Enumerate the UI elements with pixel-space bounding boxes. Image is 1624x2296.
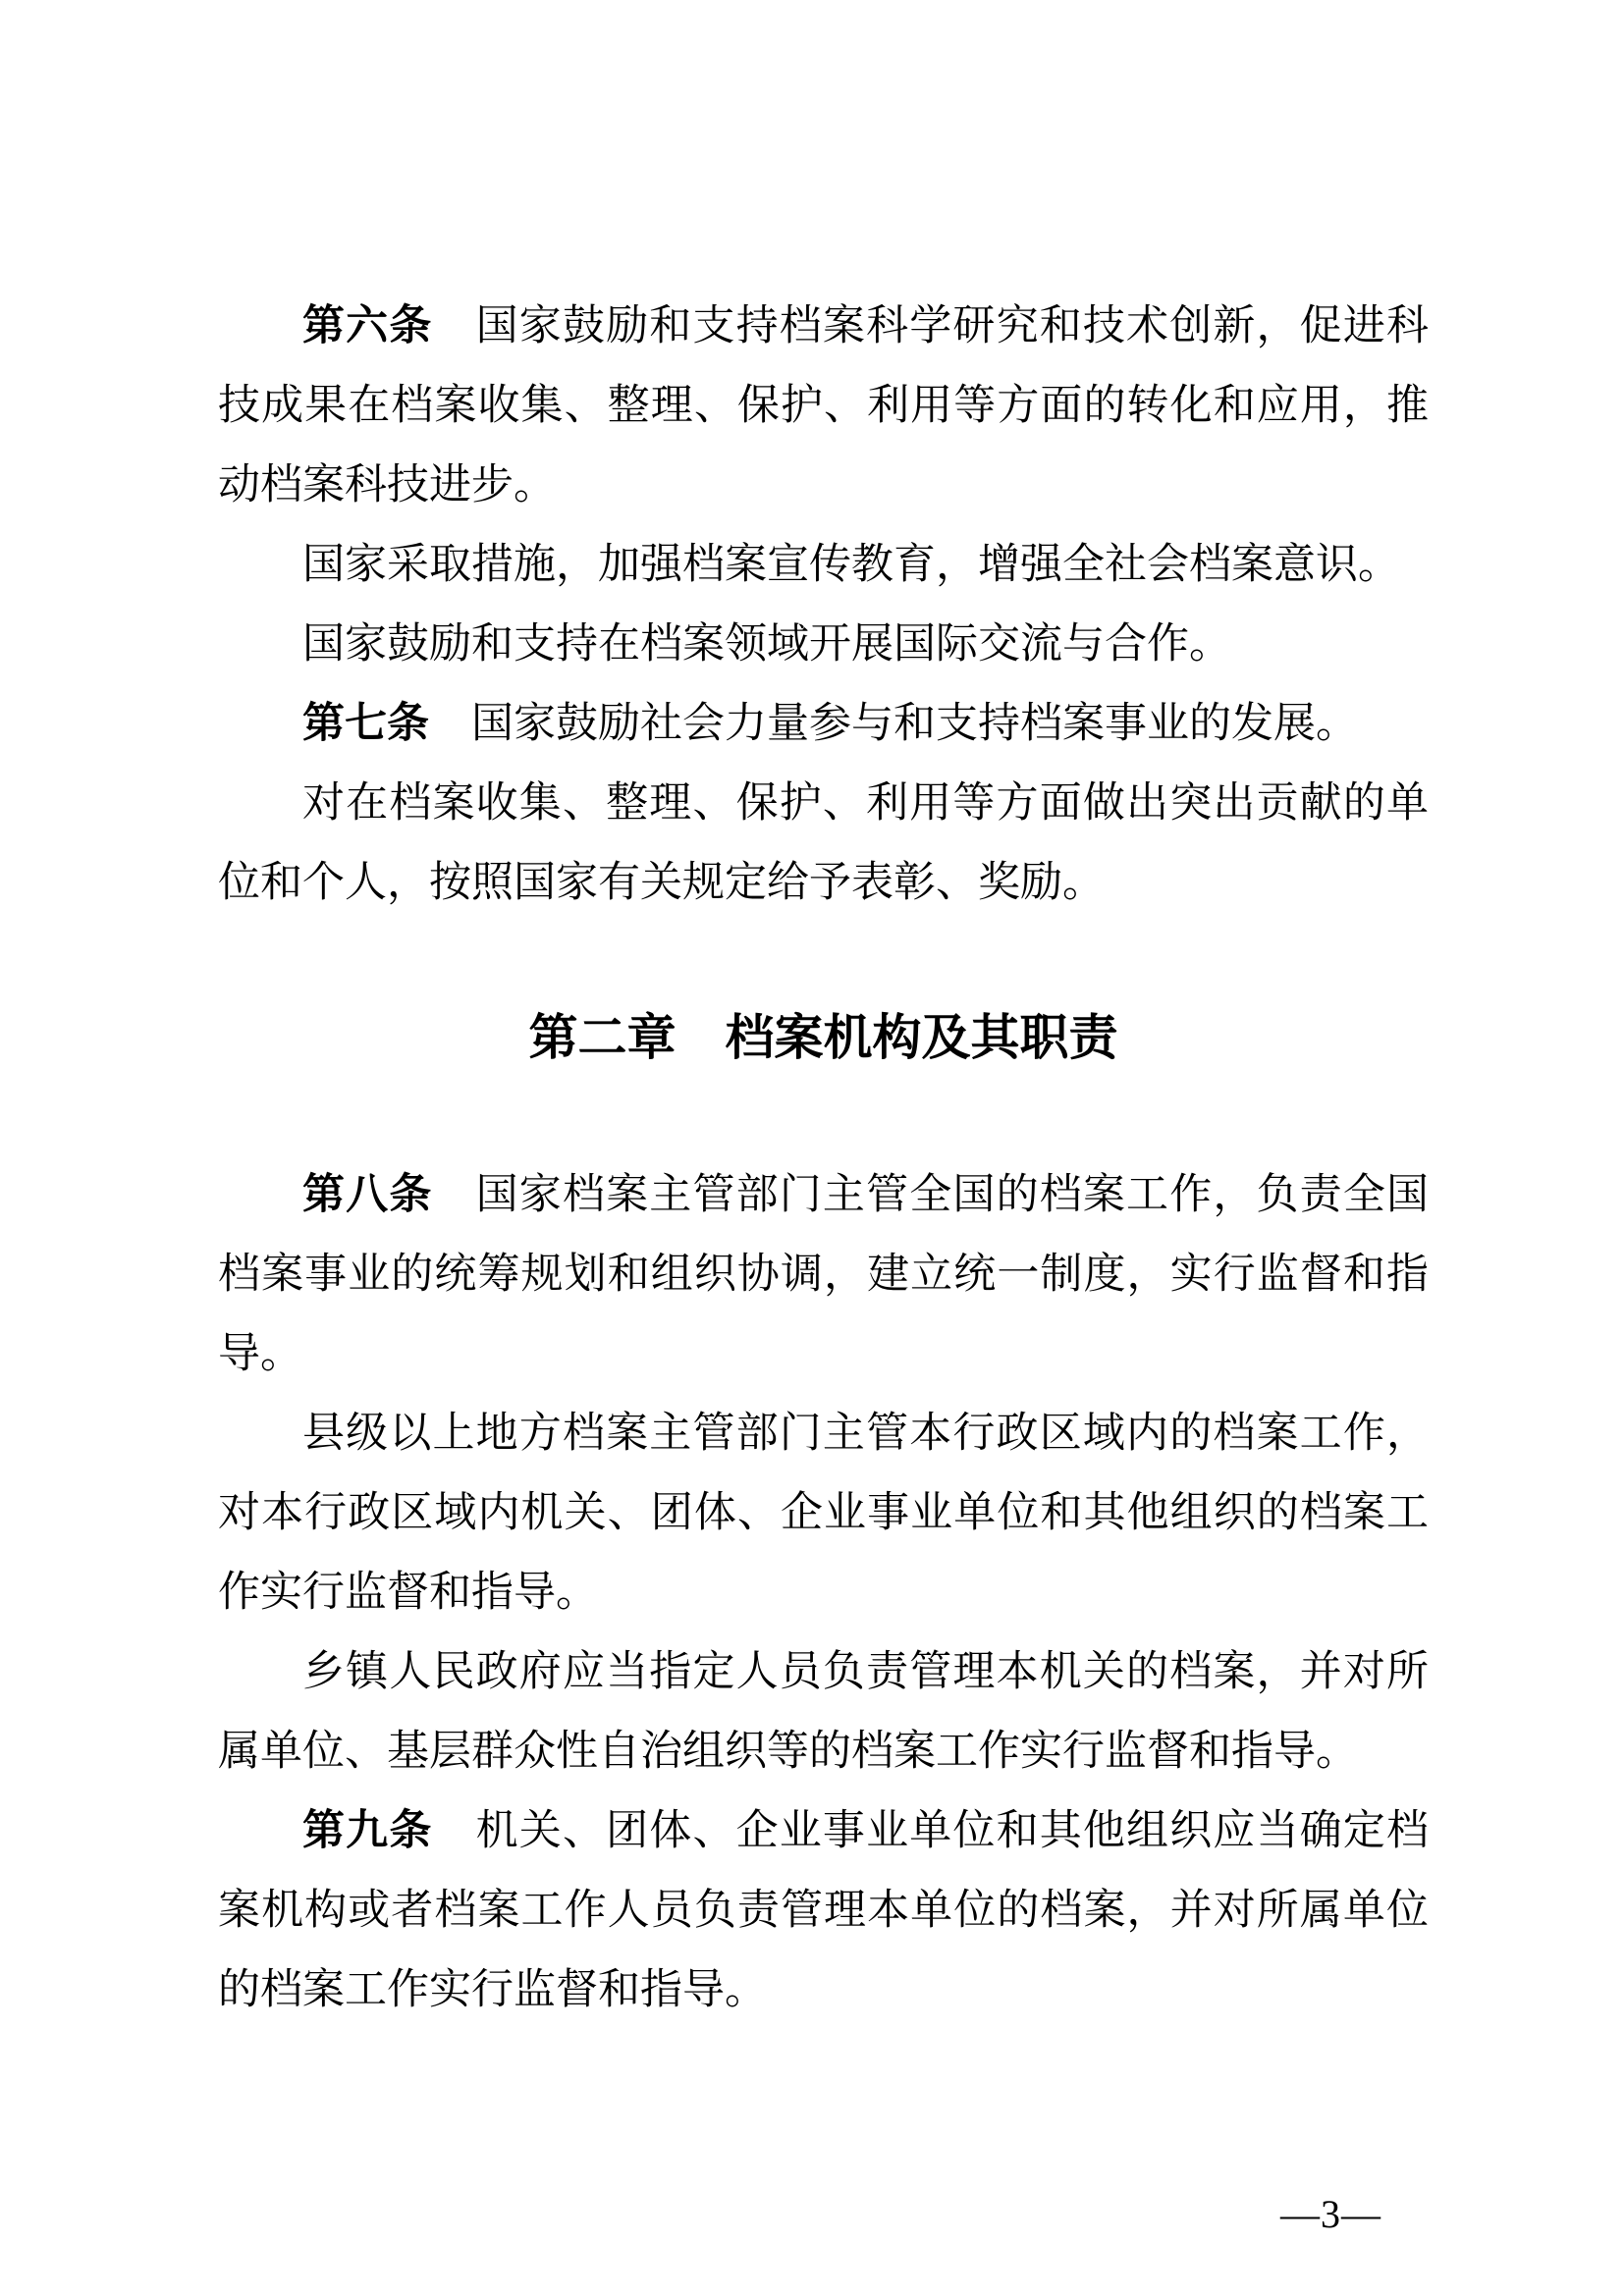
page-number: —3—	[1280, 2174, 1381, 2254]
text-line: 位和个人，按照国家有关规定给予表彰、奖励。	[218, 843, 1429, 923]
text-run: 乡镇人民政府应当指定人员负责管理本机关的档案，并对所	[302, 1649, 1429, 1695]
text-line: 第八条 国家档案主管部门主管全国的档案工作，负责全国	[218, 1155, 1429, 1235]
text-line: 国家采取措施，加强档案宣传教育，增强全社会档案意识。	[218, 525, 1429, 605]
text-run: 属单位、基层群众性自治组织等的档案工作实行监督和指导。	[218, 1729, 1358, 1775]
text-line: 技成果在档案收集、整理、保护、利用等方面的转化和应用，推	[218, 366, 1429, 446]
document-body: 第六条 国家鼓励和支持档案科学研究和技术创新，促进科技成果在档案收集、整理、保护…	[218, 287, 1429, 2030]
text-run: 动档案科技进步。	[218, 462, 556, 508]
text-run: 机关、团体、企业事业单位和其他组织应当确定档	[432, 1808, 1429, 1854]
text-run: 国家鼓励和支持在档案领域开展国际交流与合作。	[302, 621, 1231, 667]
text-line: 乡镇人民政府应当指定人员负责管理本机关的档案，并对所	[218, 1632, 1429, 1712]
text-run: 国家鼓励和支持档案科学研究和技术创新，促进科	[432, 303, 1429, 349]
text-line: 第九条 机关、团体、企业事业单位和其他组织应当确定档	[218, 1791, 1429, 1871]
text-run: 对在档案收集、整理、保护、利用等方面做出突出贡献的单	[302, 780, 1429, 827]
text-line: 属单位、基层群众性自治组织等的档案工作实行监督和指导。	[218, 1712, 1429, 1791]
text-run: 县级以上地方档案主管部门主管本行政区域内的档案工作，	[302, 1411, 1429, 1457]
text-run: 作实行监督和指导。	[218, 1570, 598, 1616]
article-number-label: 第七条	[302, 700, 429, 747]
text-line: 第六条 国家鼓励和支持档案科学研究和技术创新，促进科	[218, 287, 1429, 366]
text-line: 对在档案收集、整理、保护、利用等方面做出突出贡献的单	[218, 764, 1429, 843]
text-line: 的档案工作实行监督和指导。	[218, 1950, 1429, 2030]
article-number-label: 第八条	[302, 1171, 432, 1218]
article-number-label: 第二章 档案机构及其职责	[529, 1010, 1118, 1065]
text-line: 动档案科技进步。	[218, 446, 1429, 525]
text-line: 档案事业的统筹规划和组织协调，建立统一制度，实行监督和指	[218, 1235, 1429, 1314]
text-run: 国家档案主管部门主管全国的档案工作，负责全国	[432, 1172, 1429, 1218]
text-run: 档案事业的统筹规划和组织协调，建立统一制度，实行监督和指	[218, 1252, 1429, 1298]
text-line: 导。	[218, 1314, 1429, 1394]
text-line: 第七条 国家鼓励社会力量参与和支持档案事业的发展。	[218, 684, 1429, 764]
text-line: 作实行监督和指导。	[218, 1553, 1429, 1632]
text-line: 县级以上地方档案主管部门主管本行政区域内的档案工作，	[218, 1394, 1429, 1473]
text-run: 对本行政区域内机关、团体、企业事业单位和其他组织的档案工	[218, 1490, 1429, 1536]
text-run: 导。	[218, 1331, 302, 1377]
article-number-label: 第九条	[302, 1807, 432, 1854]
text-run: 技成果在档案收集、整理、保护、利用等方面的转化和应用，推	[218, 383, 1429, 429]
text-line: 国家鼓励和支持在档案领域开展国际交流与合作。	[218, 605, 1429, 684]
text-run: 国家采取措施，加强档案宣传教育，增强全社会档案意识。	[302, 542, 1400, 588]
text-line: 对本行政区域内机关、团体、企业事业单位和其他组织的档案工	[218, 1473, 1429, 1553]
chapter-heading: 第二章 档案机构及其职责	[218, 998, 1429, 1078]
text-run: 位和个人，按照国家有关规定给予表彰、奖励。	[218, 860, 1105, 906]
text-run: 的档案工作实行监督和指导。	[218, 1967, 767, 2013]
article-number-label: 第六条	[302, 302, 432, 349]
text-run: 案机构或者档案工作人员负责管理本单位的档案，并对所属单位	[218, 1888, 1429, 1934]
document-page: 第六条 国家鼓励和支持档案科学研究和技术创新，促进科技成果在档案收集、整理、保护…	[0, 0, 1624, 2296]
text-line: 案机构或者档案工作人员负责管理本单位的档案，并对所属单位	[218, 1871, 1429, 1950]
text-run: 国家鼓励社会力量参与和支持档案事业的发展。	[429, 701, 1358, 747]
